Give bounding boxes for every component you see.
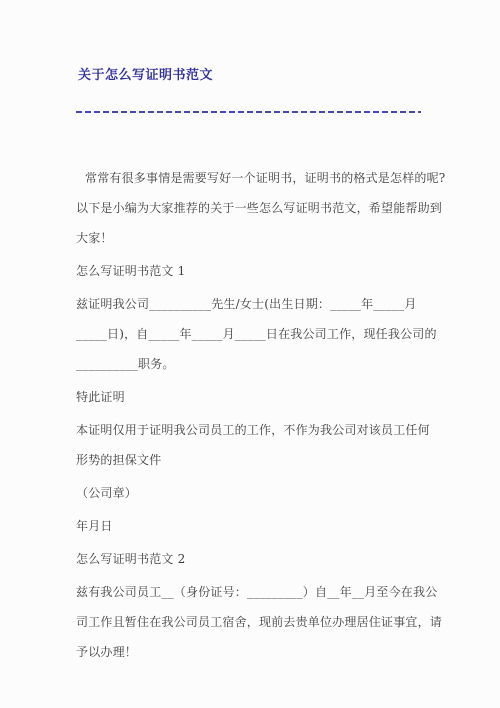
seal-text: （公司章） [76, 478, 442, 508]
intro-paragraph: 常常有很多事情是需要写好一个证明书，证明书的格式是怎样的呢? 以下是小编为大家推… [76, 163, 442, 253]
certify-text: 特此证明 [76, 382, 442, 412]
document-page: 关于怎么写证明书范文 常常有很多事情是需要写好一个证明书，证明书的格式是怎样的呢… [0, 0, 500, 708]
sample1-heading: 怎么写证明书范文 1 [76, 256, 442, 286]
intro-line: 大家！ [76, 223, 442, 253]
sample2-body-line: 兹有我公司员工__（身份证号：_________）自__年__月至今在我公 [76, 577, 442, 607]
sample2-body-line: 司工作且暂住在我公司员工宿舍，现前去贵单位办理居住证事宜，请 [76, 607, 442, 637]
page-title: 关于怎么写证明书范文 [78, 67, 442, 85]
document-content: 常常有很多事情是需要写好一个证明书，证明书的格式是怎样的呢? 以下是小编为大家推… [76, 163, 442, 667]
dashed-divider [76, 111, 421, 113]
disclaimer-line: 本证明仅用于证明我公司员工的工作，不作为我公司对该员工任何 [76, 415, 442, 445]
sample1-body-line: 兹证明我公司__________先生/女士(出生日期：_____年_____月 [76, 289, 442, 319]
sample2-body-line: 予以办理！ [76, 637, 442, 667]
document-body: 关于怎么写证明书范文 常常有很多事情是需要写好一个证明书，证明书的格式是怎样的呢… [0, 0, 500, 667]
sample1-disclaimer-paragraph: 本证明仅用于证明我公司员工的工作，不作为我公司对该员工任何 形势的担保文件 [76, 415, 442, 475]
sample1-body-line: __________职务。 [76, 349, 442, 379]
intro-line: 以下是小编为大家推荐的关于一些怎么写证明书范文，希望能帮助到 [76, 193, 442, 223]
sample1-body-paragraph: 兹证明我公司__________先生/女士(出生日期：_____年_____月 … [76, 289, 442, 379]
intro-line: 常常有很多事情是需要写好一个证明书，证明书的格式是怎样的呢? [76, 163, 442, 193]
sample1-certify-line: 特此证明 [76, 382, 442, 412]
sample2-body-paragraph: 兹有我公司员工__（身份证号：_________）自__年__月至今在我公 司工… [76, 577, 442, 667]
sample1-seal-line: （公司章） [76, 478, 442, 508]
sample1-date-line: 年月日 [76, 511, 442, 541]
sample1-body-line: _____日)，自_____年_____月_____日在我公司工作，现任我公司的 [76, 319, 442, 349]
disclaimer-line: 形势的担保文件 [76, 445, 442, 475]
sample1-heading-text: 怎么写证明书范文 1 [76, 256, 442, 286]
date-text: 年月日 [76, 511, 442, 541]
sample2-heading-text: 怎么写证明书范文 2 [76, 544, 442, 574]
sample2-heading: 怎么写证明书范文 2 [76, 544, 442, 574]
